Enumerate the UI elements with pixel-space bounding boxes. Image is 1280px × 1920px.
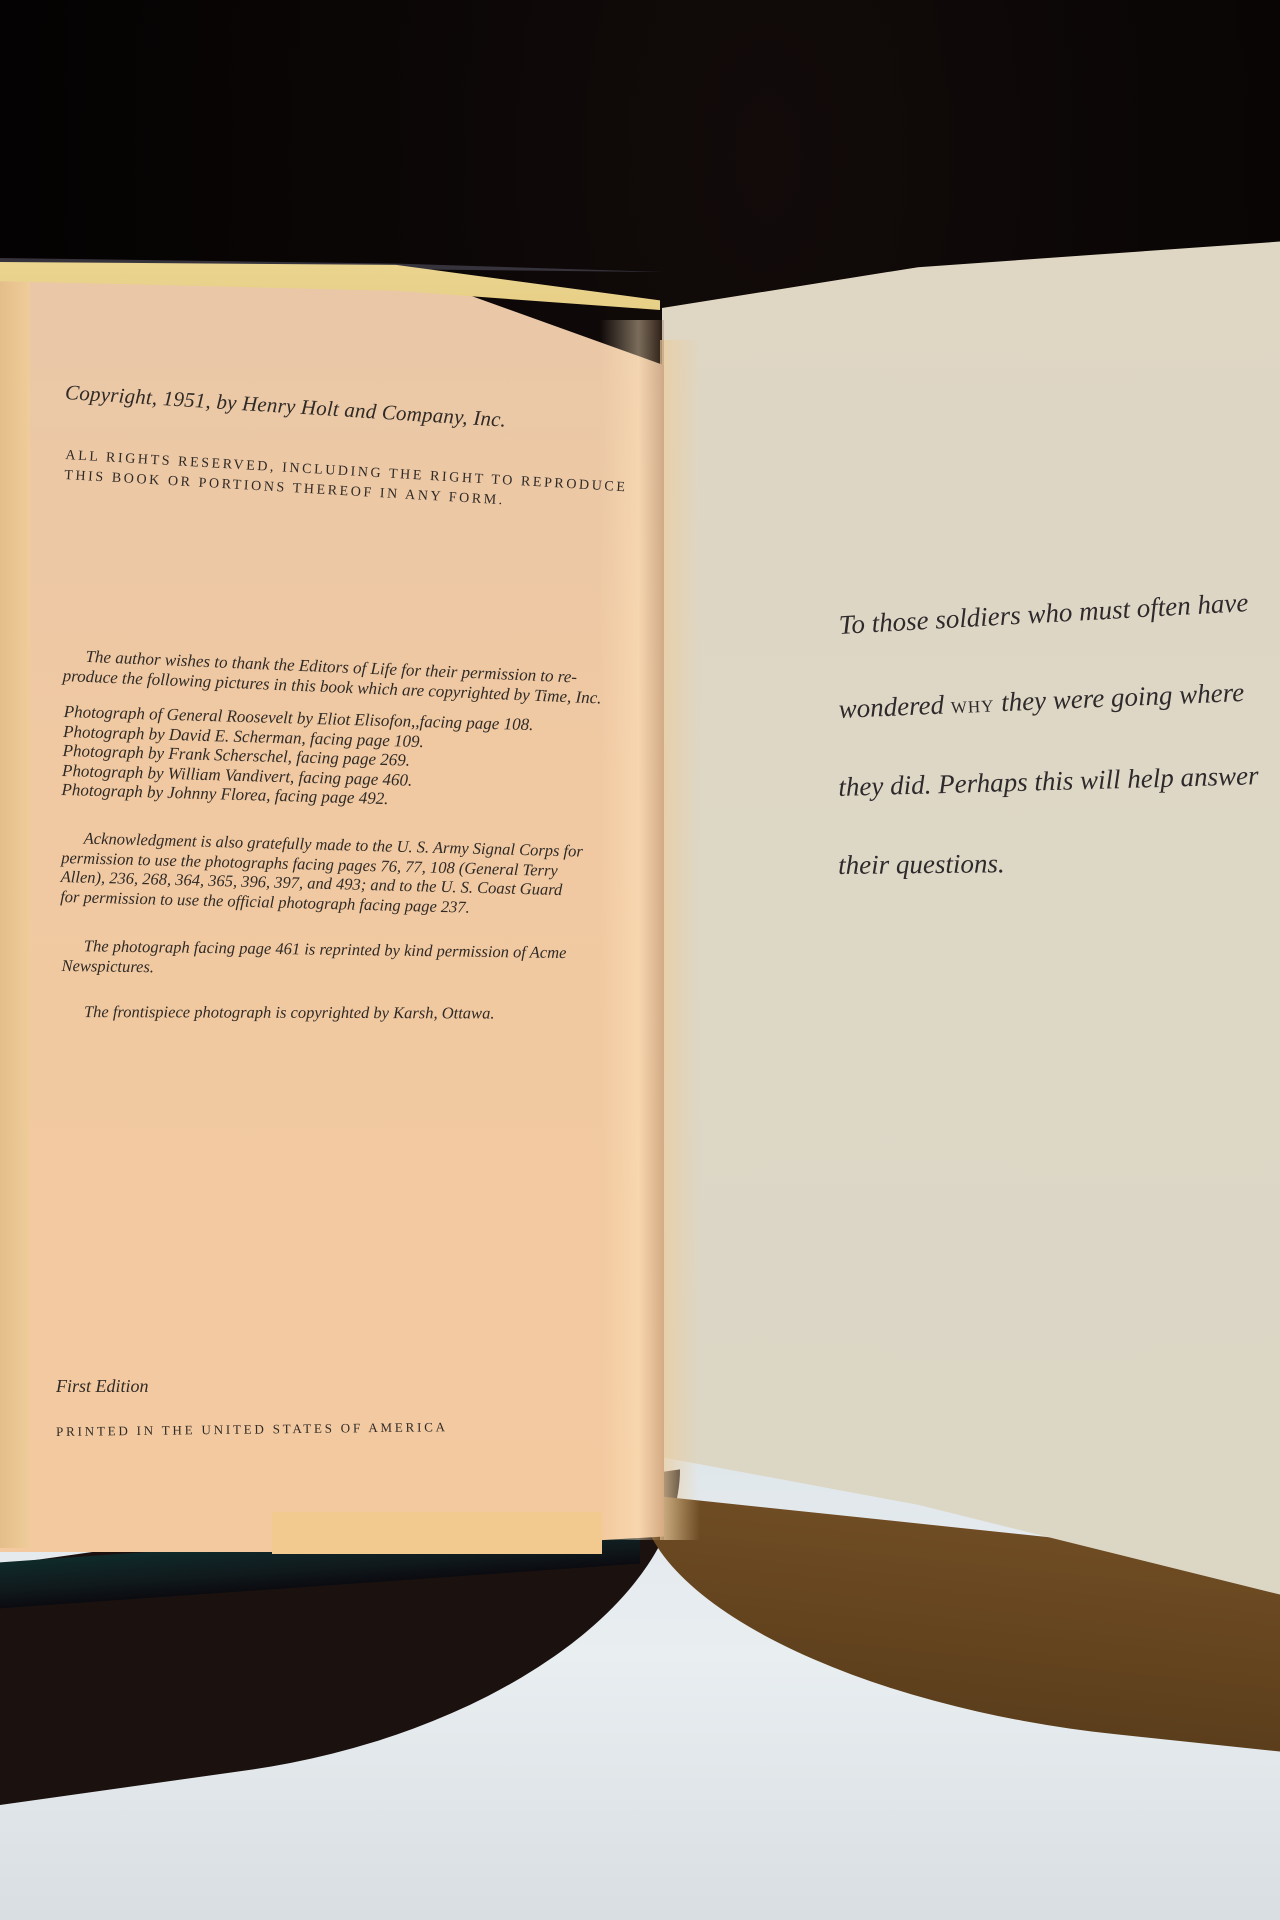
acme-paragraph: The photograph facing page 461 is reprin… [61, 936, 566, 982]
dedication-line: their questions. [838, 848, 1005, 881]
frontispiece-note: The frontispiece photograph is copyright… [62, 1002, 495, 1024]
right-page [662, 240, 1280, 1600]
frontispiece-line: The frontispiece photograph is copyright… [62, 1002, 495, 1024]
left-page-margin [0, 268, 30, 1548]
book-photo-scene: Copyright, 1951, by Henry Holt and Compa… [0, 0, 1280, 1920]
dedication-text: wondered [838, 689, 951, 724]
photo-credits-list: Photograph of General Roosevelt by Eliot… [61, 702, 533, 813]
acknowledgment-paragraph: Acknowledgment is also gratefully made t… [60, 828, 583, 920]
right-page-gutter [660, 340, 700, 1540]
dedication-emphasis: why [950, 691, 995, 719]
tape-patch [272, 1512, 602, 1554]
edition-label: First Edition [56, 1376, 149, 1397]
